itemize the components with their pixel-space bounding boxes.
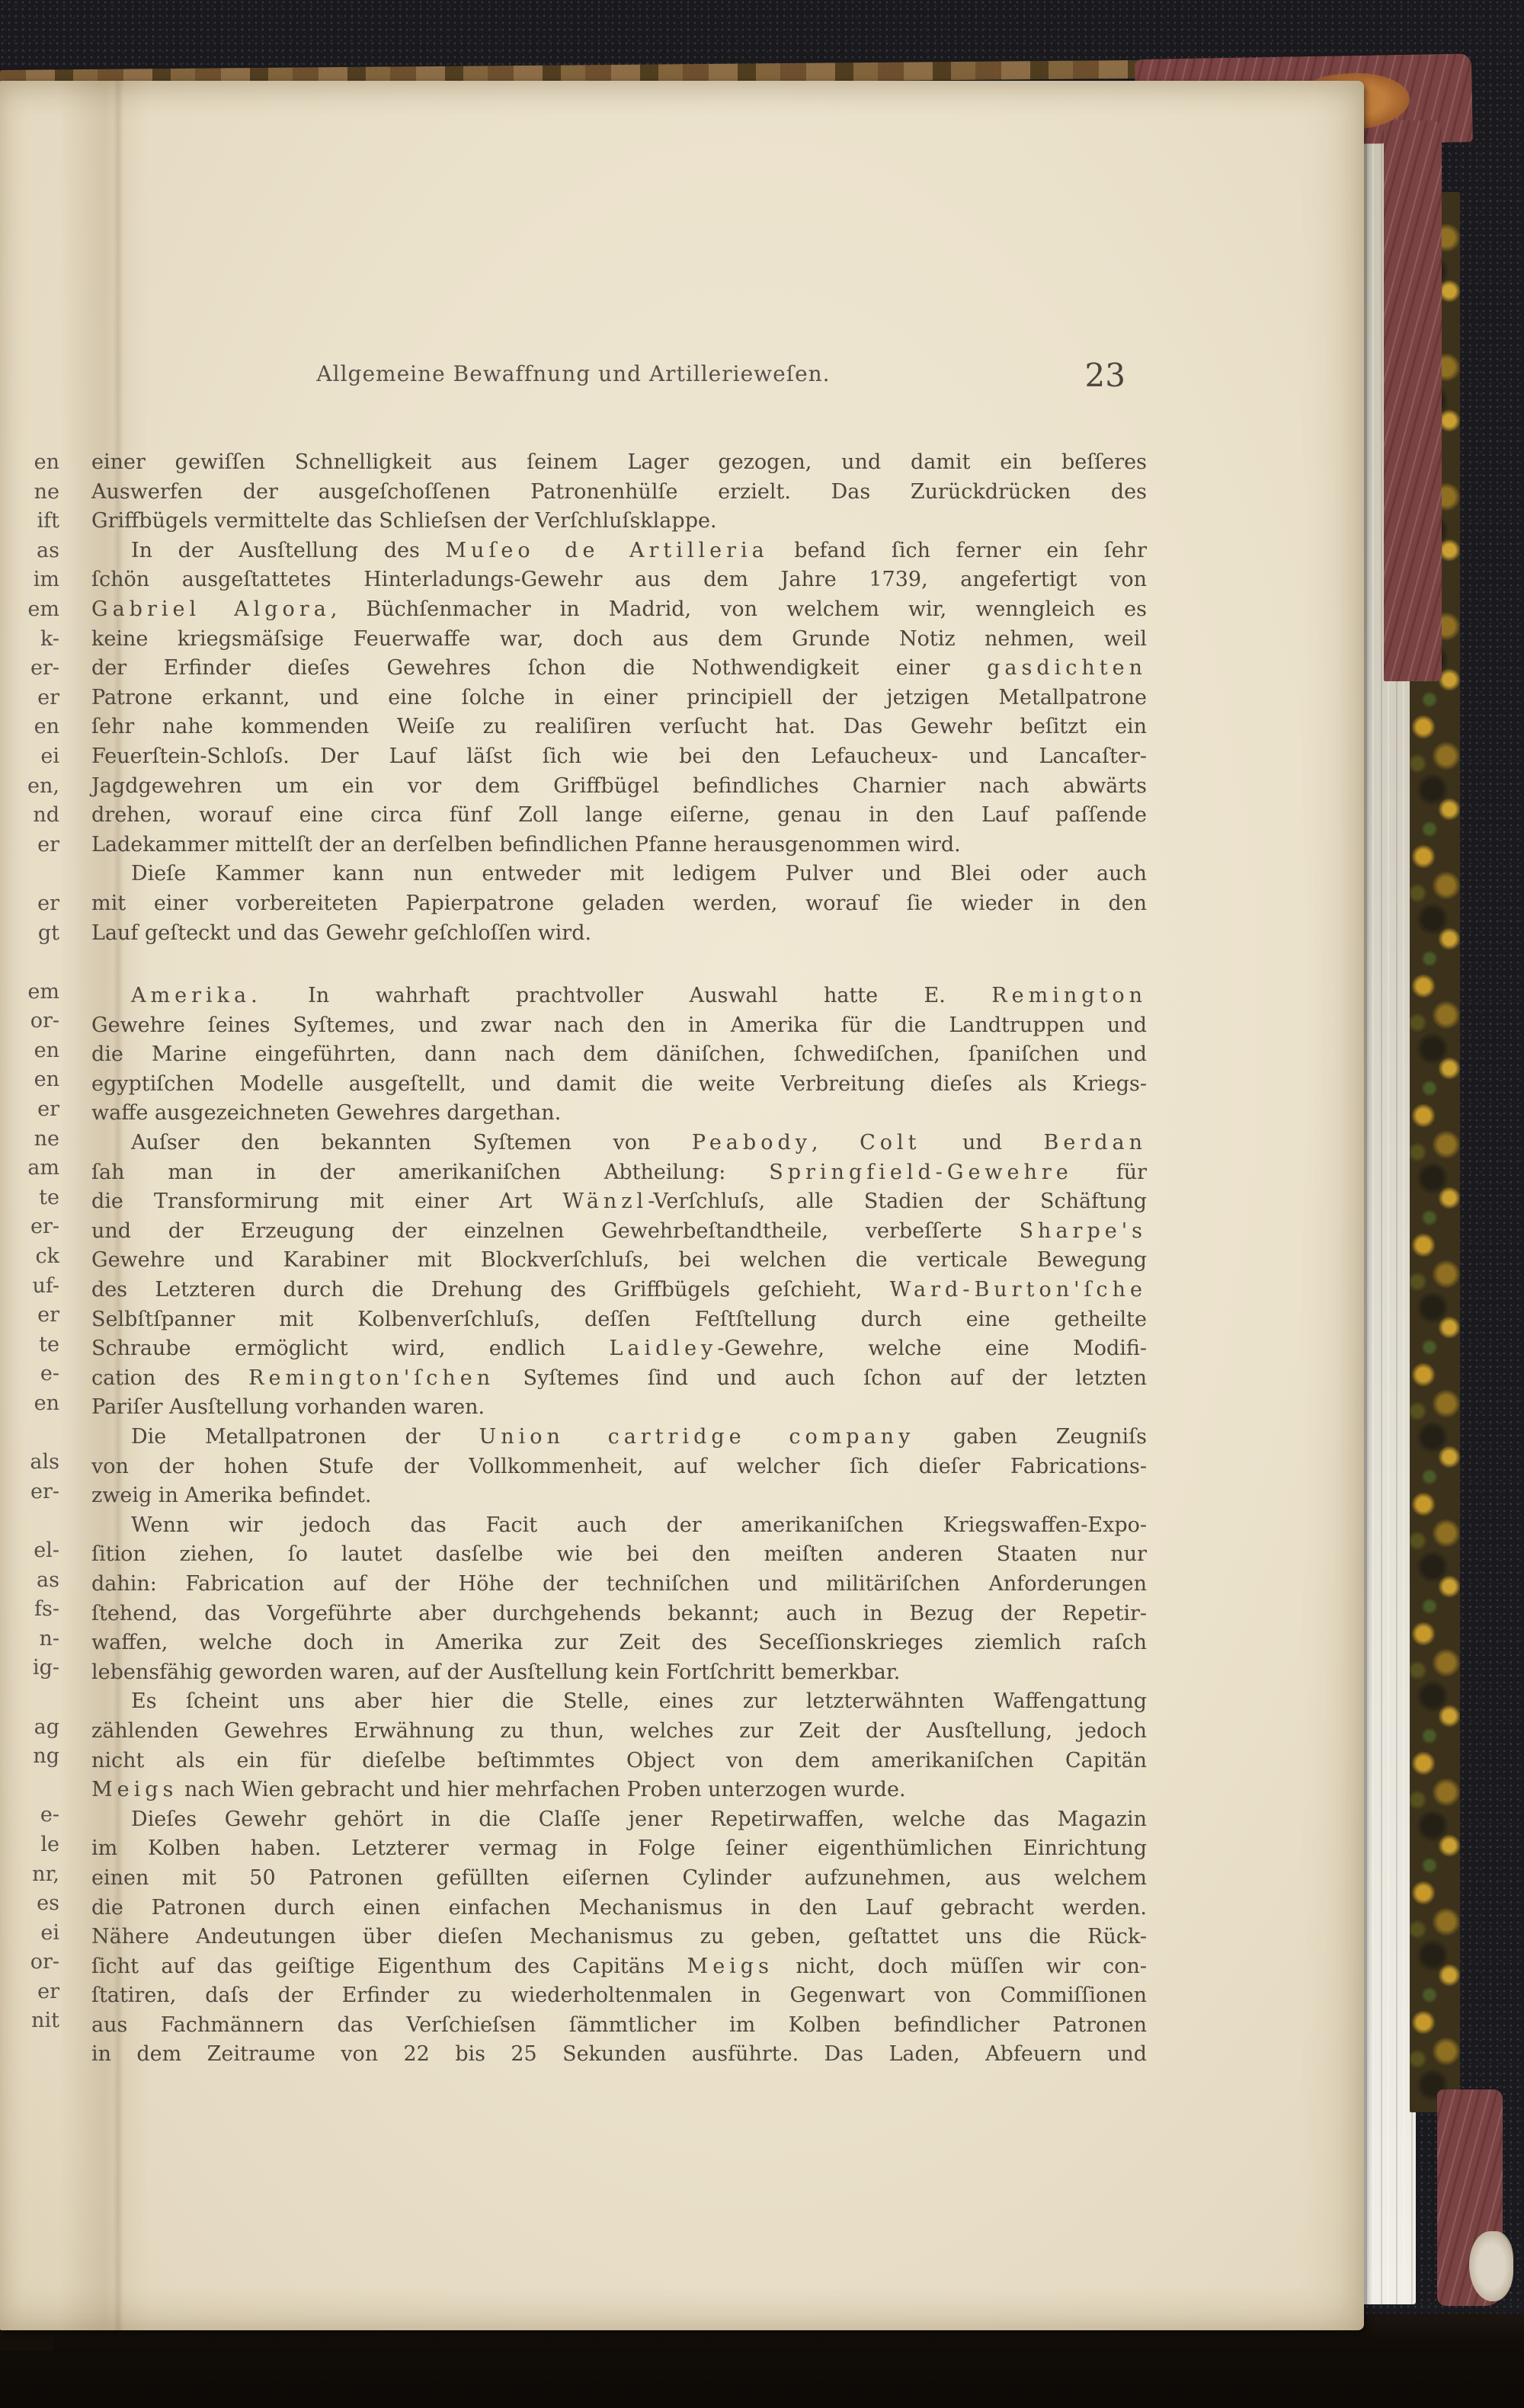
text-line: egyptiſchen Modelle ausgeſtellt, und dam…: [91, 1070, 1147, 1100]
edge-fragment: n-: [0, 1625, 59, 1654]
edge-fragment: [0, 948, 59, 978]
edge-fragment: en: [0, 712, 59, 742]
text-line: die Marine eingeführten, dann nach dem d…: [91, 1040, 1147, 1070]
edge-fragment: er: [0, 1977, 59, 2007]
edge-fragment: en: [0, 1065, 59, 1095]
edge-fragment: er-: [0, 1212, 59, 1242]
text-line: lebensfähig geworden waren, auf der Ausſ…: [91, 1658, 1147, 1688]
edge-fragment: e-: [0, 1359, 59, 1389]
text-line: waffe ausgezeichneten Gewehres dargethan…: [91, 1099, 1147, 1129]
text-line: Auswerfen der ausgeſchoſſenen Patronenhü…: [91, 478, 1147, 508]
edge-fragment: gt: [0, 919, 59, 949]
paragraph: einer gewiſſen Schnelligkeit aus ſeinem …: [91, 448, 1147, 536]
text-line: im Kolben haben. Letzterer vermag in Fol…: [91, 1834, 1147, 1864]
edge-fragment: am: [0, 1154, 59, 1183]
book-page: enneiftasimemk-er-ereneien,nderergtemor-…: [0, 81, 1364, 2330]
text-line: von der hohen Stufe der Vollkommenheit, …: [91, 1452, 1147, 1482]
edge-fragment: er: [0, 889, 59, 919]
text-line: Amerika. In wahrhaft prachtvoller Auswah…: [91, 981, 1147, 1011]
edge-fragment: er-: [0, 654, 59, 684]
edge-fragment: nd: [0, 801, 59, 831]
text-line: Wenn wir jedoch das Facit auch der ameri…: [91, 1511, 1147, 1541]
text-line: Es ſcheint uns aber hier die Stelle, ein…: [91, 1687, 1147, 1717]
text-line: Nähere Andeutungen über dieſen Mechanism…: [91, 1923, 1147, 1952]
facing-page-text-fragments: enneiftasimemk-er-ereneien,nderergtemor-…: [0, 448, 59, 2036]
edge-fragment: ig-: [0, 1654, 59, 1683]
edge-fragment: en,: [0, 772, 59, 802]
edge-fragment: ne: [0, 478, 59, 508]
text-line: waffen, welche doch in Amerika zur Zeit …: [91, 1628, 1147, 1658]
text-line: einer gewiſſen Schnelligkeit aus ſeinem …: [91, 448, 1147, 478]
edge-fragment: e-: [0, 1801, 59, 1830]
text-line: Griffbügels vermittelte das Schlieſsen d…: [91, 507, 1147, 536]
edge-fragment: el-: [0, 1536, 59, 1566]
body-text: einer gewiſſen Schnelligkeit aus ſeinem …: [91, 448, 1147, 2070]
text-line: die Patronen durch einen einfachen Mecha…: [91, 1894, 1147, 1923]
edge-fragment: fs-: [0, 1595, 59, 1625]
text-line: der Erfinder dieſes Gewehres ſchon die N…: [91, 654, 1147, 684]
text-line: Gabriel Algora, Büchſenmacher in Madrid,…: [91, 595, 1147, 625]
edge-fragment: te: [0, 1183, 59, 1213]
text-line: einen mit 50 Patronen gefüllten eiſernen…: [91, 1864, 1147, 1894]
text-line: Ladekammer mittelſt der an derſelben bef…: [91, 831, 1147, 860]
edge-fragment: en: [0, 1389, 59, 1419]
edge-fragment: er: [0, 1301, 59, 1330]
edge-fragment: em: [0, 978, 59, 1007]
edge-fragment: nr,: [0, 1860, 59, 1890]
text-line: mit einer vorbereiteten Papierpatrone ge…: [91, 889, 1147, 919]
edge-fragment: er-: [0, 1478, 59, 1507]
paragraph: Amerika. In wahrhaft prachtvoller Auswah…: [91, 981, 1147, 1129]
paragraph: In der Ausſtellung des Muſeo de Artiller…: [91, 536, 1147, 860]
text-line: Patrone erkannt, und eine ſolche in eine…: [91, 684, 1147, 713]
text-line: ſchön ausgeſtattetes Hinterladungs-Geweh…: [91, 565, 1147, 595]
edge-fragment: ag: [0, 1713, 59, 1743]
edge-fragment: als: [0, 1448, 59, 1478]
text-line: Lauf geſteckt und das Gewehr geſchloſſen…: [91, 919, 1147, 949]
text-line: Pariſer Ausſtellung vorhanden waren.: [91, 1393, 1147, 1423]
text-line: drehen, worauf eine circa fünf Zoll lang…: [91, 801, 1147, 831]
edge-fragment: ei: [0, 742, 59, 772]
text-line: Dieſes Gewehr gehört in die Claſſe jener…: [91, 1805, 1147, 1835]
edge-fragment: em: [0, 595, 59, 625]
paragraph: Es ſcheint uns aber hier die Stelle, ein…: [91, 1687, 1147, 1804]
edge-fragment: as: [0, 1566, 59, 1596]
text-line: cation des Remington'ſchen Syſtemes ſind…: [91, 1364, 1147, 1394]
edge-fragment: er: [0, 684, 59, 713]
paragraph: Dieſe Kammer kann nun entweder mit ledig…: [91, 860, 1147, 948]
text-line: ſition ziehen, ſo lautet dasſelbe wie be…: [91, 1540, 1147, 1570]
text-line: ſtatiren, daſs der Erfinder zu wiederhol…: [91, 1981, 1147, 2011]
text-line: dahin: Fabrication auf der Höhe der tech…: [91, 1570, 1147, 1599]
text-line: ſicht auf das geiſtige Eigenthum des Cap…: [91, 1952, 1147, 1982]
paragraph: Dieſes Gewehr gehört in die Claſſe jener…: [91, 1805, 1147, 2070]
edge-fragment: [0, 1419, 59, 1449]
text-line: keine kriegsmäſsige Feuerwaffe war, doch…: [91, 625, 1147, 655]
text-line: aus Fachmännern das Verſchieſsen ſämmtli…: [91, 2011, 1147, 2041]
edge-fragment: uf-: [0, 1272, 59, 1302]
text-line: die Transformirung mit einer Art Wänzl-V…: [91, 1187, 1147, 1217]
edge-fragment: ng: [0, 1742, 59, 1772]
edge-fragment: [0, 860, 59, 889]
edge-fragment: [0, 1772, 59, 1801]
page-header: Allgemeine Bewaffnung und Artillerieweſe…: [91, 361, 1147, 396]
edge-fragment: ne: [0, 1125, 59, 1154]
edge-fragment: te: [0, 1330, 59, 1360]
text-line: in dem Zeitraume von 22 bis 25 Sekunden …: [91, 2040, 1147, 2070]
edge-fragment: im: [0, 565, 59, 595]
edge-fragment: as: [0, 536, 59, 566]
edge-fragment: [0, 1507, 59, 1536]
text-line: Gewehre ſeines Syſtemes, und zwar nach d…: [91, 1011, 1147, 1041]
running-title: Allgemeine Bewaffnung und Artillerieweſe…: [91, 361, 1055, 386]
text-line: Auſser den bekannten Syſtemen von Peabod…: [91, 1129, 1147, 1158]
edge-fragment: es: [0, 1889, 59, 1919]
text-line: Schraube ermöglicht wird, endlich Laidle…: [91, 1334, 1147, 1364]
text-line: zählenden Gewehres Erwähnung zu thun, we…: [91, 1717, 1147, 1747]
edge-fragment: [0, 1683, 59, 1713]
text-line: Selbſtſpanner mit Kolbenverſchluſs, deſſ…: [91, 1305, 1147, 1335]
edge-fragment: or-: [0, 1007, 59, 1036]
edge-fragment: le: [0, 1830, 59, 1860]
edge-fragment: en: [0, 1036, 59, 1066]
paragraph: Auſser den bekannten Syſtemen von Peabod…: [91, 1129, 1147, 1423]
text-line: ſehr nahe kommenden Weiſe zu realiſiren …: [91, 712, 1147, 742]
text-line: Jagdgewehren um ein vor dem Griffbügel b…: [91, 772, 1147, 802]
edge-fragment: or-: [0, 1948, 59, 1977]
text-line: nicht als ein für dieſelbe beſtimmtes Ob…: [91, 1747, 1147, 1776]
text-line: Meigs nach Wien gebracht und hier mehrfa…: [91, 1776, 1147, 1805]
text-line: und der Erzeugung der einzelnen Gewehrbe…: [91, 1217, 1147, 1247]
paragraph: Die Metallpatronen der Union cartridge c…: [91, 1423, 1147, 1511]
text-line: Gewehre und Karabiner mit Blockverſchluſ…: [91, 1246, 1147, 1276]
paragraph: Wenn wir jedoch das Facit auch der ameri…: [91, 1511, 1147, 1688]
leather-cover-right-band: [1384, 120, 1442, 681]
text-line: ſah man in der amerikaniſchen Abtheilung…: [91, 1158, 1147, 1188]
edge-fragment: nit: [0, 2006, 59, 2036]
edge-fragment: en: [0, 448, 59, 478]
page-number: 23: [1085, 357, 1125, 394]
text-line: Dieſe Kammer kann nun entweder mit ledig…: [91, 860, 1147, 889]
edge-fragment: er: [0, 1095, 59, 1125]
text-line: Feuerſtein-Schloſs. Der Lauf läſst ſich …: [91, 742, 1147, 772]
text-line: ſtehend, das Vorgeführte aber durchgehen…: [91, 1599, 1147, 1629]
edge-fragment: er: [0, 831, 59, 860]
text-line: Die Metallpatronen der Union cartridge c…: [91, 1423, 1147, 1452]
leather-worn-spot: [1469, 2231, 1513, 2301]
edge-fragment: k-: [0, 625, 59, 655]
text-line: In der Ausſtellung des Muſeo de Artiller…: [91, 536, 1147, 566]
edge-fragment: ei: [0, 1919, 59, 1948]
text-line: des Letzteren durch die Drehung des Grif…: [91, 1276, 1147, 1305]
edge-fragment: ck: [0, 1242, 59, 1272]
text-line: zweig in Amerika befindet.: [91, 1481, 1147, 1511]
edge-fragment: ift: [0, 507, 59, 536]
